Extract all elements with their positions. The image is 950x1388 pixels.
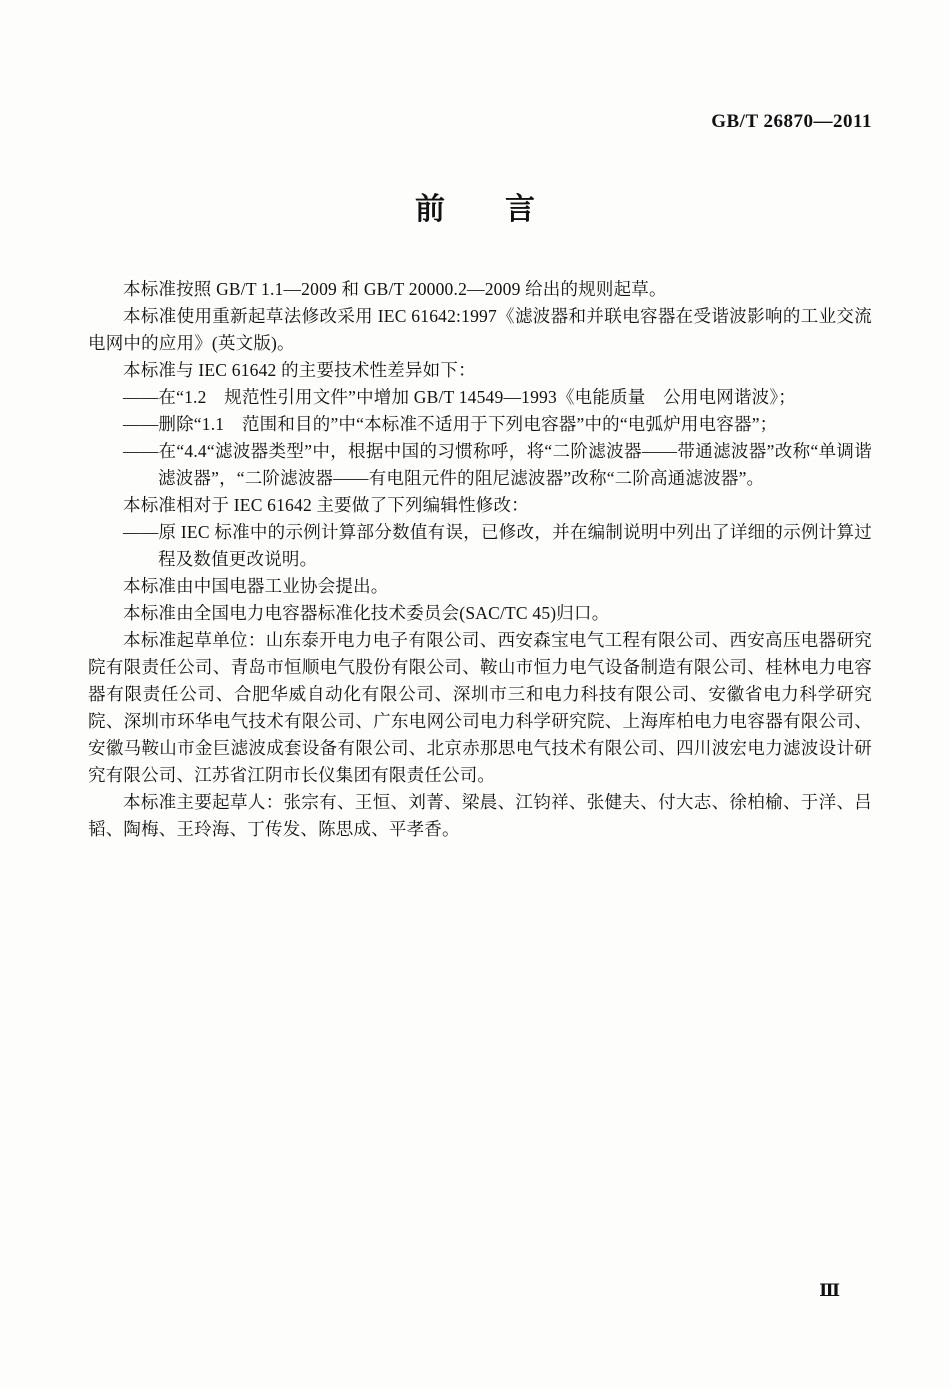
page-title: 前 言	[0, 184, 950, 228]
list-item-editorial-1: ——原 IEC 标准中的示例计算部分数值有误，已修改，并在编制说明中列出了详细的…	[158, 519, 872, 573]
list-item-difference-2: ——删除“1.1 范围和目的”中“本标准不适用于下列电容器”中的“电弧炉用电容器…	[158, 411, 872, 438]
paragraph-centralized-by: 本标准由全国电力电容器标准化技术委员会(SAC/TC 45)归口。	[88, 600, 872, 627]
page-number: Ⅲ	[819, 1281, 840, 1301]
paragraph-drafting-units: 本标准起草单位：山东泰开电力电子有限公司、西安森宝电气工程有限公司、西安高压电器…	[88, 627, 872, 789]
document-page: GB/T 26870—2011 前 言 本标准按照 GB/T 1.1—2009 …	[0, 0, 950, 1388]
paragraph-proposed-by: 本标准由中国电器工业协会提出。	[88, 573, 872, 600]
paragraph-rules-basis: 本标准按照 GB/T 1.1—2009 和 GB/T 20000.2—2009 …	[88, 276, 872, 303]
paragraph-redraft-method: 本标准使用重新起草法修改采用 IEC 61642:1997《滤波器和并联电容器在…	[88, 303, 872, 357]
paragraph-editorial-intro: 本标准相对于 IEC 61642 主要做了下列编辑性修改：	[88, 492, 872, 519]
standard-code: GB/T 26870—2011	[711, 111, 872, 133]
list-item-difference-3: ——在“4.4“滤波器类型”中，根据中国的习惯称呼，将“二阶滤波器——带通滤波器…	[158, 438, 872, 492]
paragraph-differences-intro: 本标准与 IEC 61642 的主要技术性差异如下：	[88, 357, 872, 384]
list-item-difference-1: ——在“1.2 规范性引用文件”中增加 GB/T 14549—1993《电能质量…	[158, 384, 872, 411]
paragraph-main-drafters: 本标准主要起草人：张宗有、王恒、刘菁、梁晨、江钧祥、张健夫、付大志、徐柏榆、于洋…	[88, 789, 872, 843]
foreword-body: 本标准按照 GB/T 1.1—2009 和 GB/T 20000.2—2009 …	[88, 276, 872, 843]
